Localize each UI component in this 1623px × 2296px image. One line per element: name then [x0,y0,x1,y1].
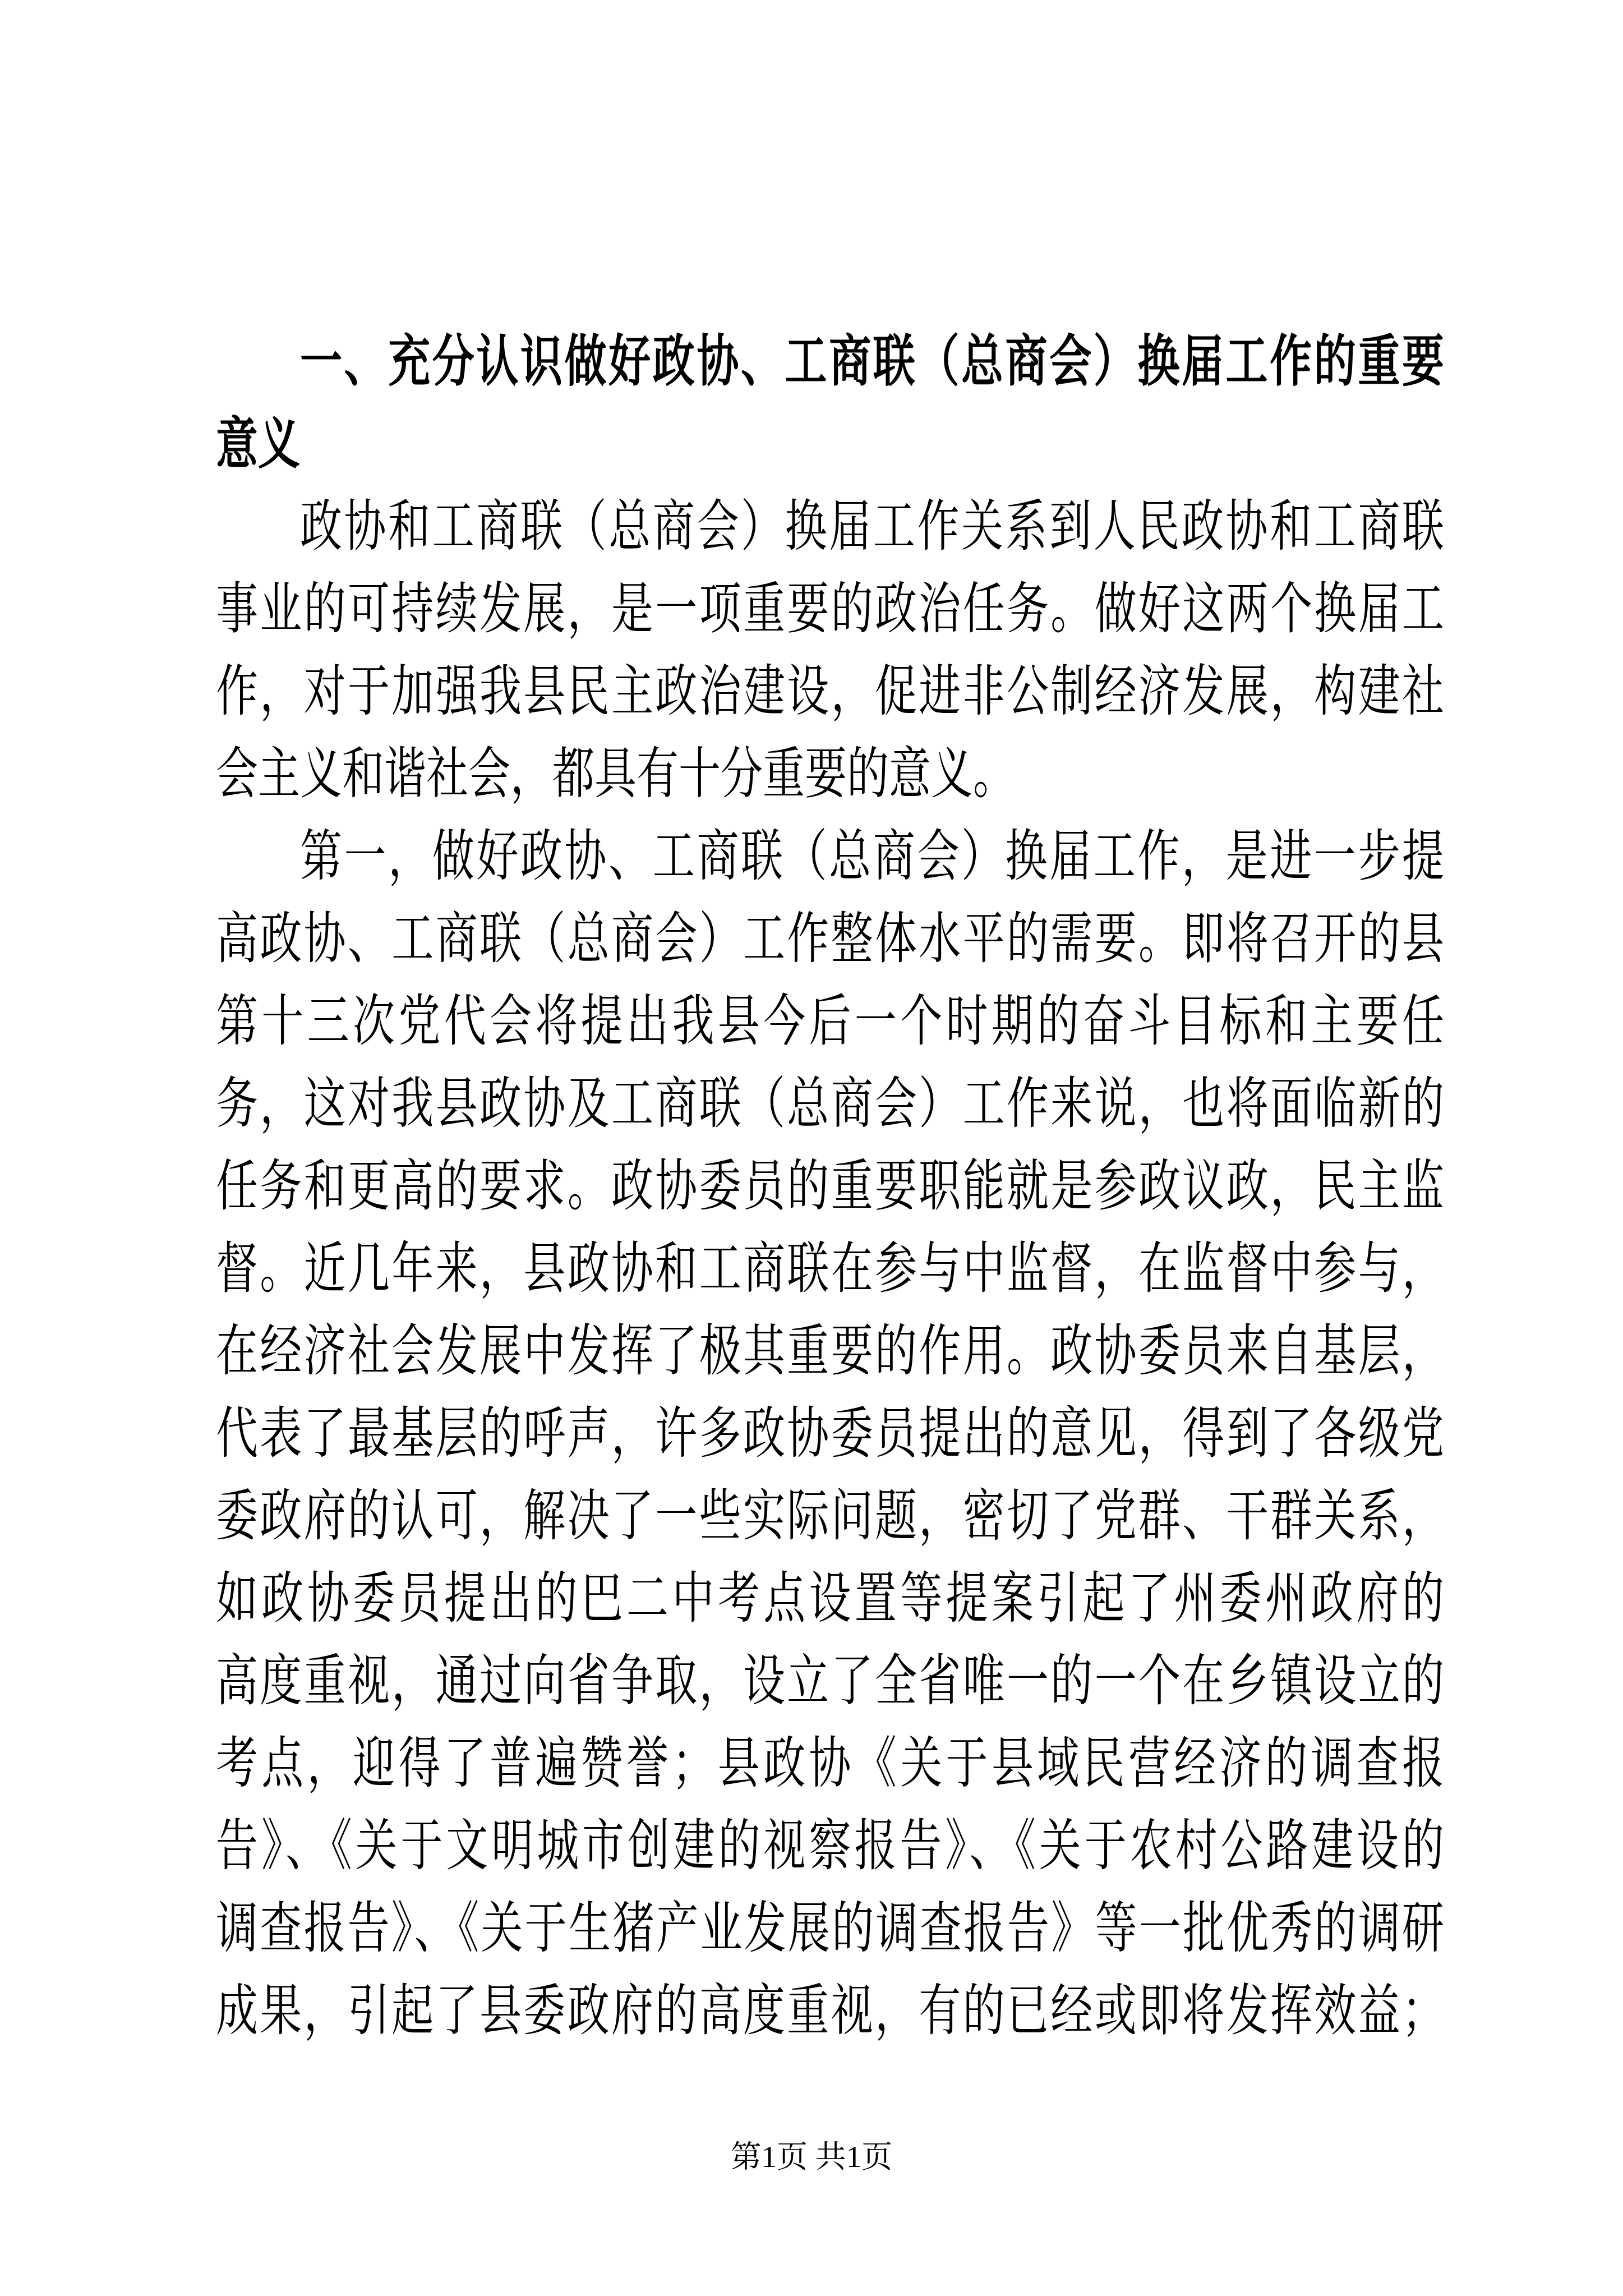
document-body: 一、充分认识做好政协、工商联（总商会）换届工作的重要意义政协和工商联（总商会）换… [216,321,1444,2053]
text-line: 成果，引起了县委政府的高度重视，有的已经或即将发挥效益； [216,1957,1444,2065]
page-footer: 第1页 共1页 [0,2129,1623,2185]
document-page: 一、充分认识做好政协、工商联（总商会）换届工作的重要意义政协和工商联（总商会）换… [0,0,1623,2296]
page-number: 第1页 共1页 [731,2139,893,2174]
